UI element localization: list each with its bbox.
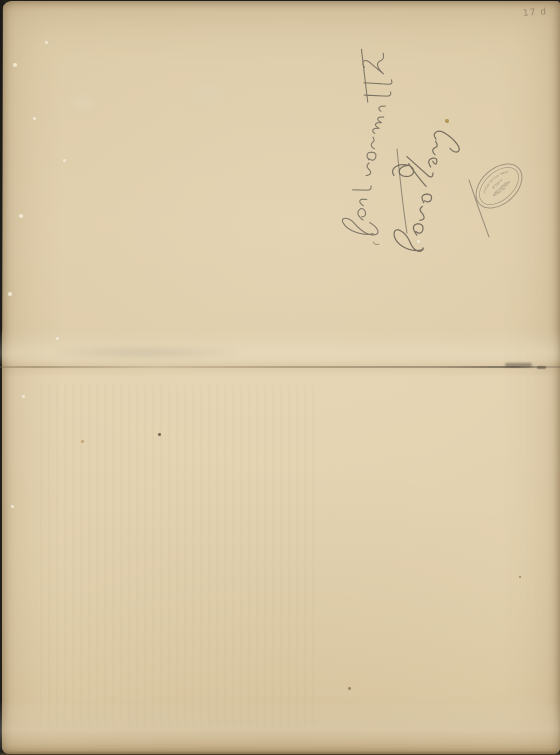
archive-stamp: אוסף אברהם שבדרון ירושלים Jerusalem Arch… <box>0 0 560 755</box>
corner-inventory-note: 17 d <box>523 7 548 19</box>
document-scan: feit vormitth Lo von Herz אוסף אברהם שבד… <box>0 0 560 755</box>
